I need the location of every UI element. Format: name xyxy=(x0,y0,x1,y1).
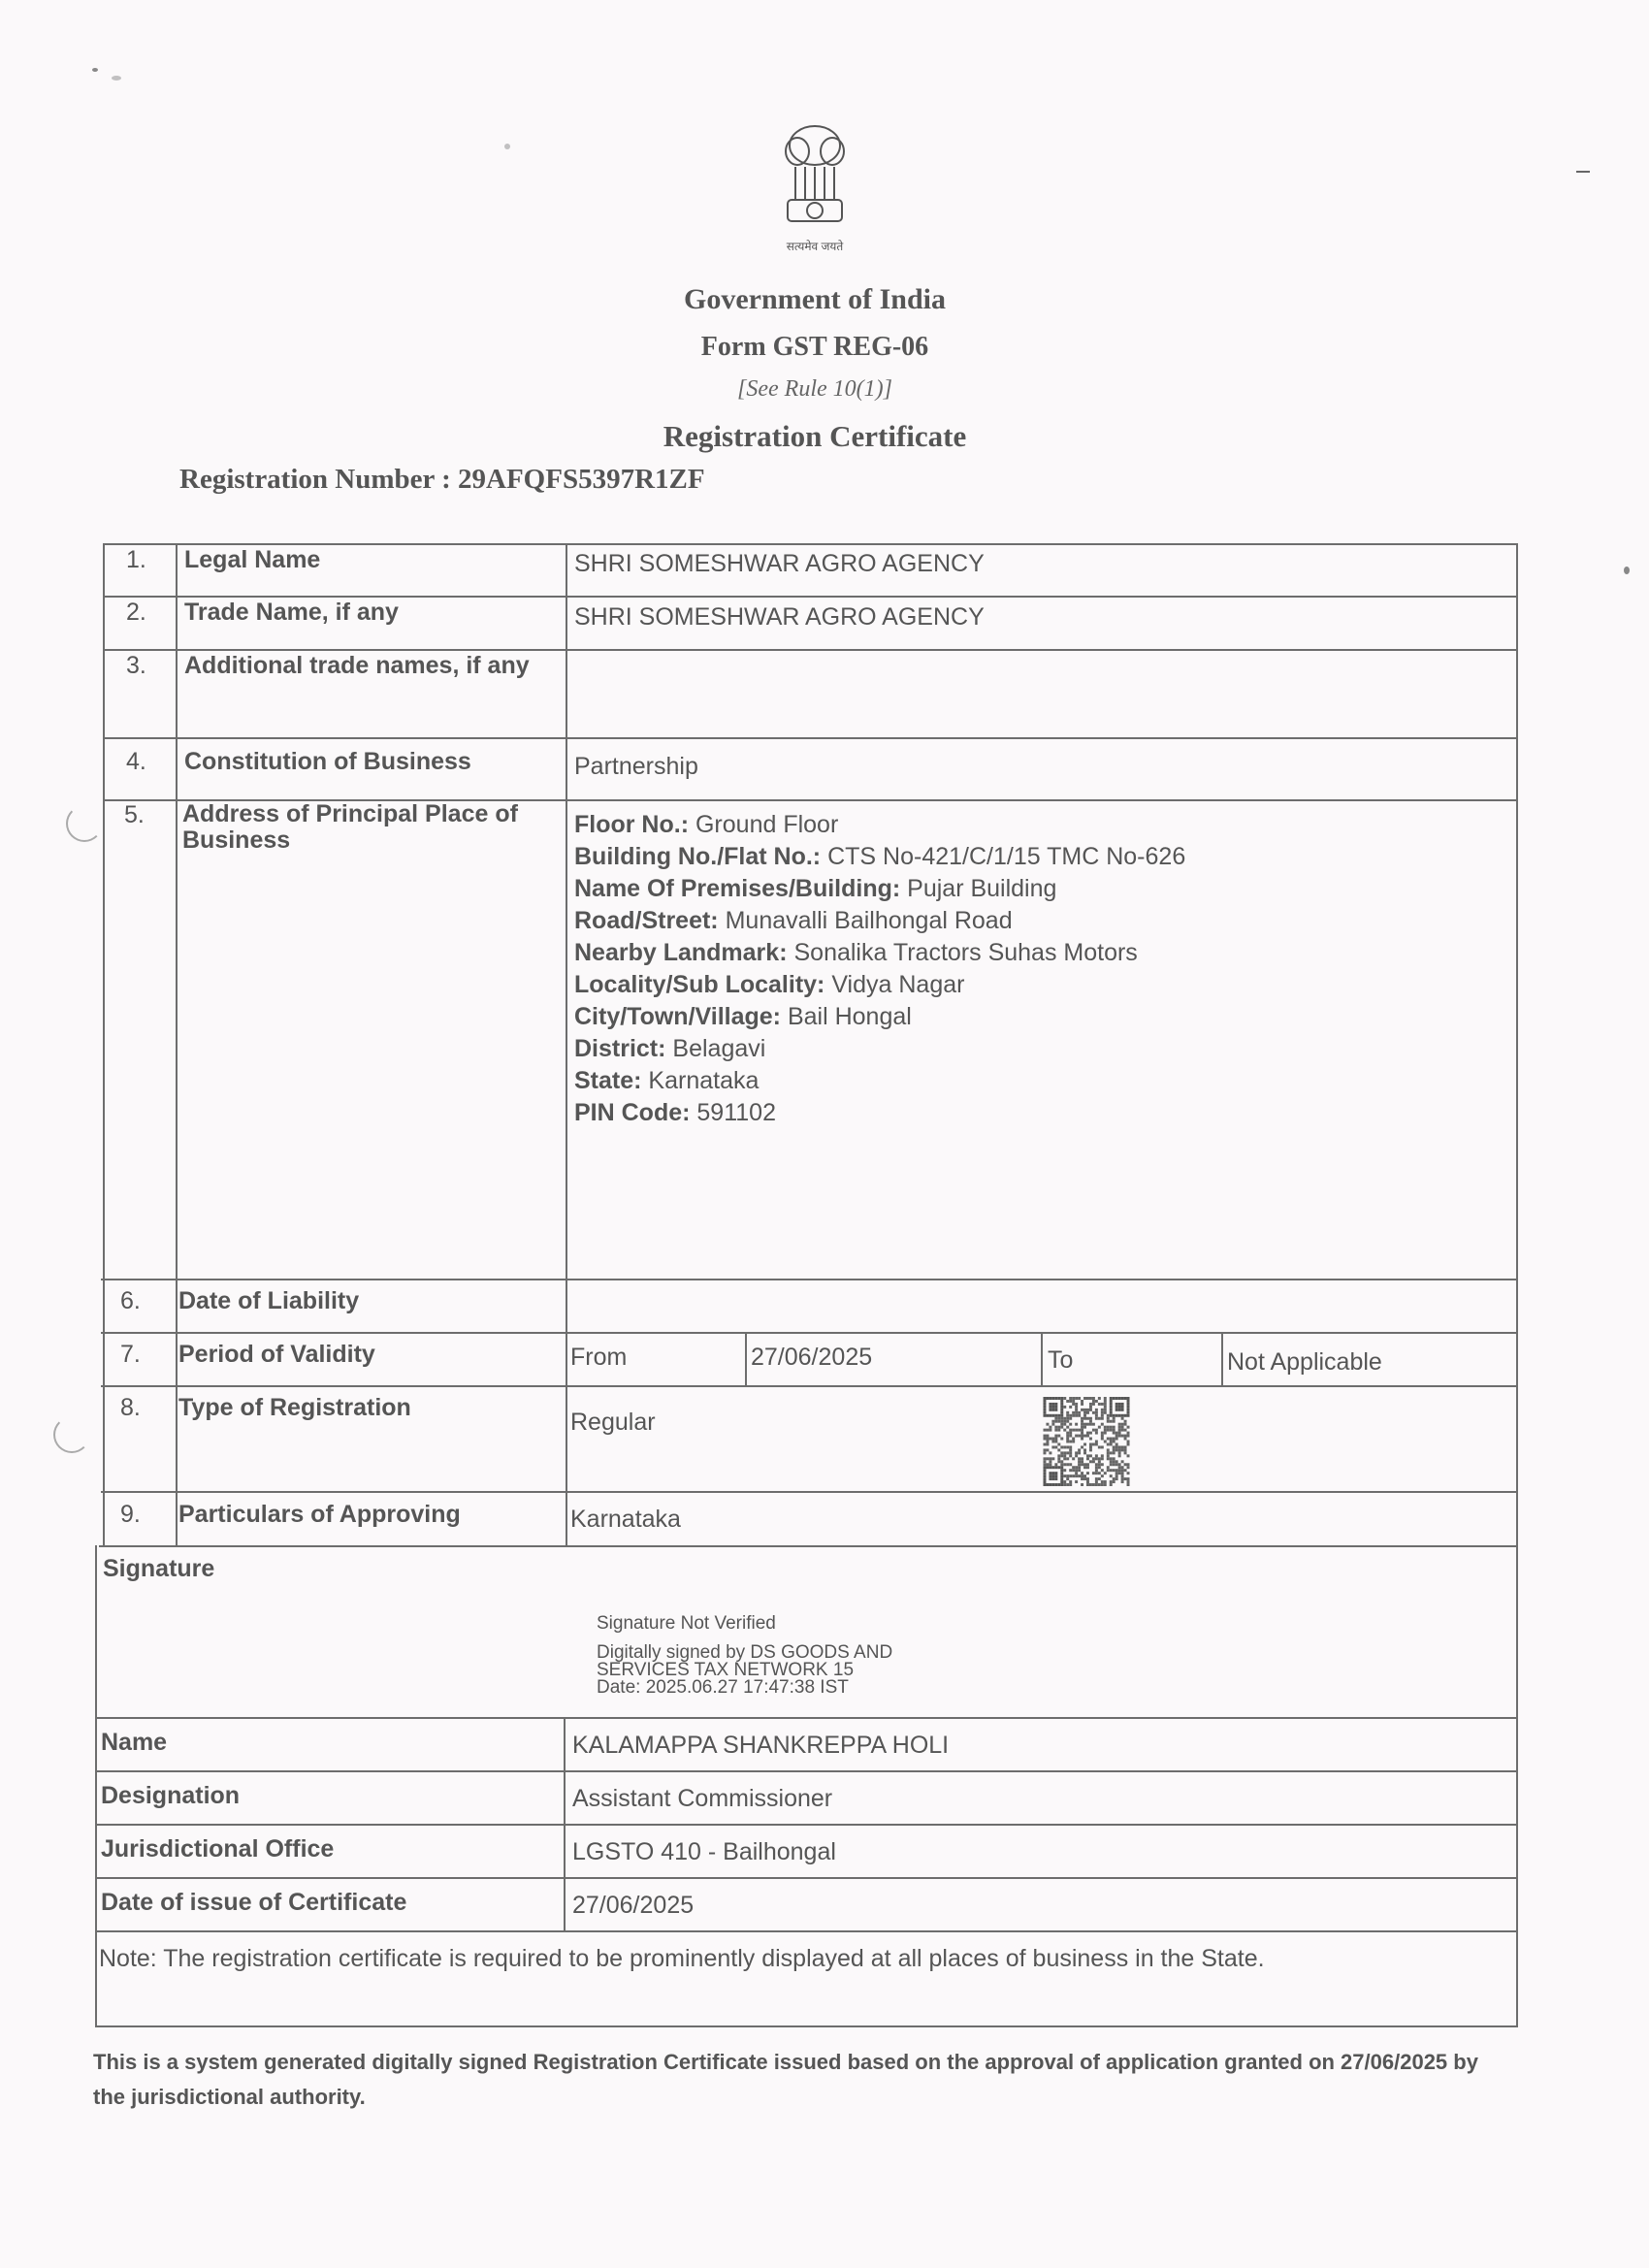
particulars-of-approving-value: Karnataka xyxy=(570,1506,681,1534)
row-number: 3. xyxy=(126,652,146,680)
address-pin: PIN Code: 591102 xyxy=(574,1097,1185,1129)
address-label: Address of Principal Place of Business xyxy=(182,801,561,854)
validity-to-value: Not Applicable xyxy=(1227,1348,1382,1377)
row-number: 9. xyxy=(120,1501,141,1529)
address-district: District: Belagavi xyxy=(574,1033,1185,1065)
type-of-registration-label: Type of Registration xyxy=(178,1394,411,1422)
svg-text:सत्यमेव जयते: सत्यमेव जयते xyxy=(787,240,845,253)
address-value: Floor No.: Ground Floor Building No./Fla… xyxy=(574,809,1185,1129)
address-state: State: Karnataka xyxy=(574,1065,1185,1097)
row-number: 2. xyxy=(126,599,146,627)
registration-number-label: Registration Number : xyxy=(179,464,458,495)
signature-label: Signature xyxy=(103,1555,214,1583)
row-number: 6. xyxy=(120,1287,141,1315)
trade-name-label: Trade Name, if any xyxy=(184,599,399,627)
row-number: 4. xyxy=(126,748,146,776)
qr-code-icon xyxy=(1043,1397,1130,1486)
additional-trade-names-label: Additional trade names, if any xyxy=(184,652,553,679)
designation-value: Assistant Commissioner xyxy=(572,1785,832,1813)
designation-label: Designation xyxy=(101,1782,240,1810)
punch-hole-mark xyxy=(53,1416,90,1453)
government-heading: Government of India xyxy=(0,283,1630,316)
officer-name-value: KALAMAPPA SHANKREPPA HOLI xyxy=(572,1732,949,1760)
national-emblem-icon: सत्यमेव जयते xyxy=(766,116,863,262)
officer-name-label: Name xyxy=(101,1729,167,1757)
legal-name-label: Legal Name xyxy=(184,546,320,574)
registration-number: Registration Number : 29AFQFS5397R1ZF xyxy=(179,464,705,496)
legal-name-value: SHRI SOMESHWAR AGRO AGENCY xyxy=(574,550,985,578)
address-city: City/Town/Village: Bail Hongal xyxy=(574,1001,1185,1033)
row-number: 7. xyxy=(120,1341,141,1369)
validity-to-label: To xyxy=(1048,1346,1073,1375)
digital-signature: Signature Not Verified Digitally signed … xyxy=(597,1615,892,1697)
jurisdictional-office-value: LGSTO 410 - Bailhongal xyxy=(572,1838,836,1866)
certificate-title: Registration Certificate xyxy=(0,419,1630,454)
row-number: 8. xyxy=(120,1394,141,1422)
punch-hole-mark xyxy=(66,805,103,842)
date-of-liability-label: Date of Liability xyxy=(178,1287,359,1315)
display-note: Note: The registration certificate is re… xyxy=(99,1945,1265,1973)
period-of-validity-label: Period of Validity xyxy=(178,1341,375,1369)
address-floor: Floor No.: Ground Floor xyxy=(574,809,1185,841)
row-number: 5. xyxy=(124,801,145,829)
signature-date: Date: 2025.06.27 17:47:38 IST xyxy=(597,1679,892,1697)
address-road: Road/Street: Munavalli Bailhongal Road xyxy=(574,905,1185,937)
constitution-label: Constitution of Business xyxy=(184,748,471,776)
jurisdictional-office-label: Jurisdictional Office xyxy=(101,1835,334,1863)
validity-from-label: From xyxy=(570,1344,627,1372)
system-generated-footer: This is a system generated digitally sig… xyxy=(93,2045,1509,2115)
row-number: 1. xyxy=(126,546,146,574)
particulars-of-approving-label: Particulars of Approving xyxy=(178,1501,461,1529)
scan-speck xyxy=(92,68,98,72)
scan-speck xyxy=(1624,567,1630,574)
scan-speck xyxy=(504,144,510,149)
date-of-issue-value: 27/06/2025 xyxy=(572,1892,694,1920)
date-of-issue-label: Date of issue of Certificate xyxy=(101,1889,406,1917)
address-landmark: Nearby Landmark: Sonalika Tractors Suhas… xyxy=(574,937,1185,969)
validity-from-date: 27/06/2025 xyxy=(751,1344,872,1372)
rule-reference: [See Rule 10(1)] xyxy=(0,376,1630,403)
scan-speck xyxy=(112,76,121,81)
address-locality: Locality/Sub Locality: Vidya Nagar xyxy=(574,969,1185,1001)
signature-status: Signature Not Verified xyxy=(597,1615,892,1633)
form-heading: Form GST REG-06 xyxy=(0,332,1630,363)
constitution-value: Partnership xyxy=(574,753,698,781)
address-premises: Name Of Premises/Building: Pujar Buildin… xyxy=(574,873,1185,905)
type-of-registration-value: Regular xyxy=(570,1409,656,1437)
address-building-no: Building No./Flat No.: CTS No-421/C/1/15… xyxy=(574,841,1185,873)
registration-number-value: 29AFQFS5397R1ZF xyxy=(458,464,705,495)
trade-name-value: SHRI SOMESHWAR AGRO AGENCY xyxy=(574,603,985,632)
margin-mark xyxy=(1576,171,1590,173)
